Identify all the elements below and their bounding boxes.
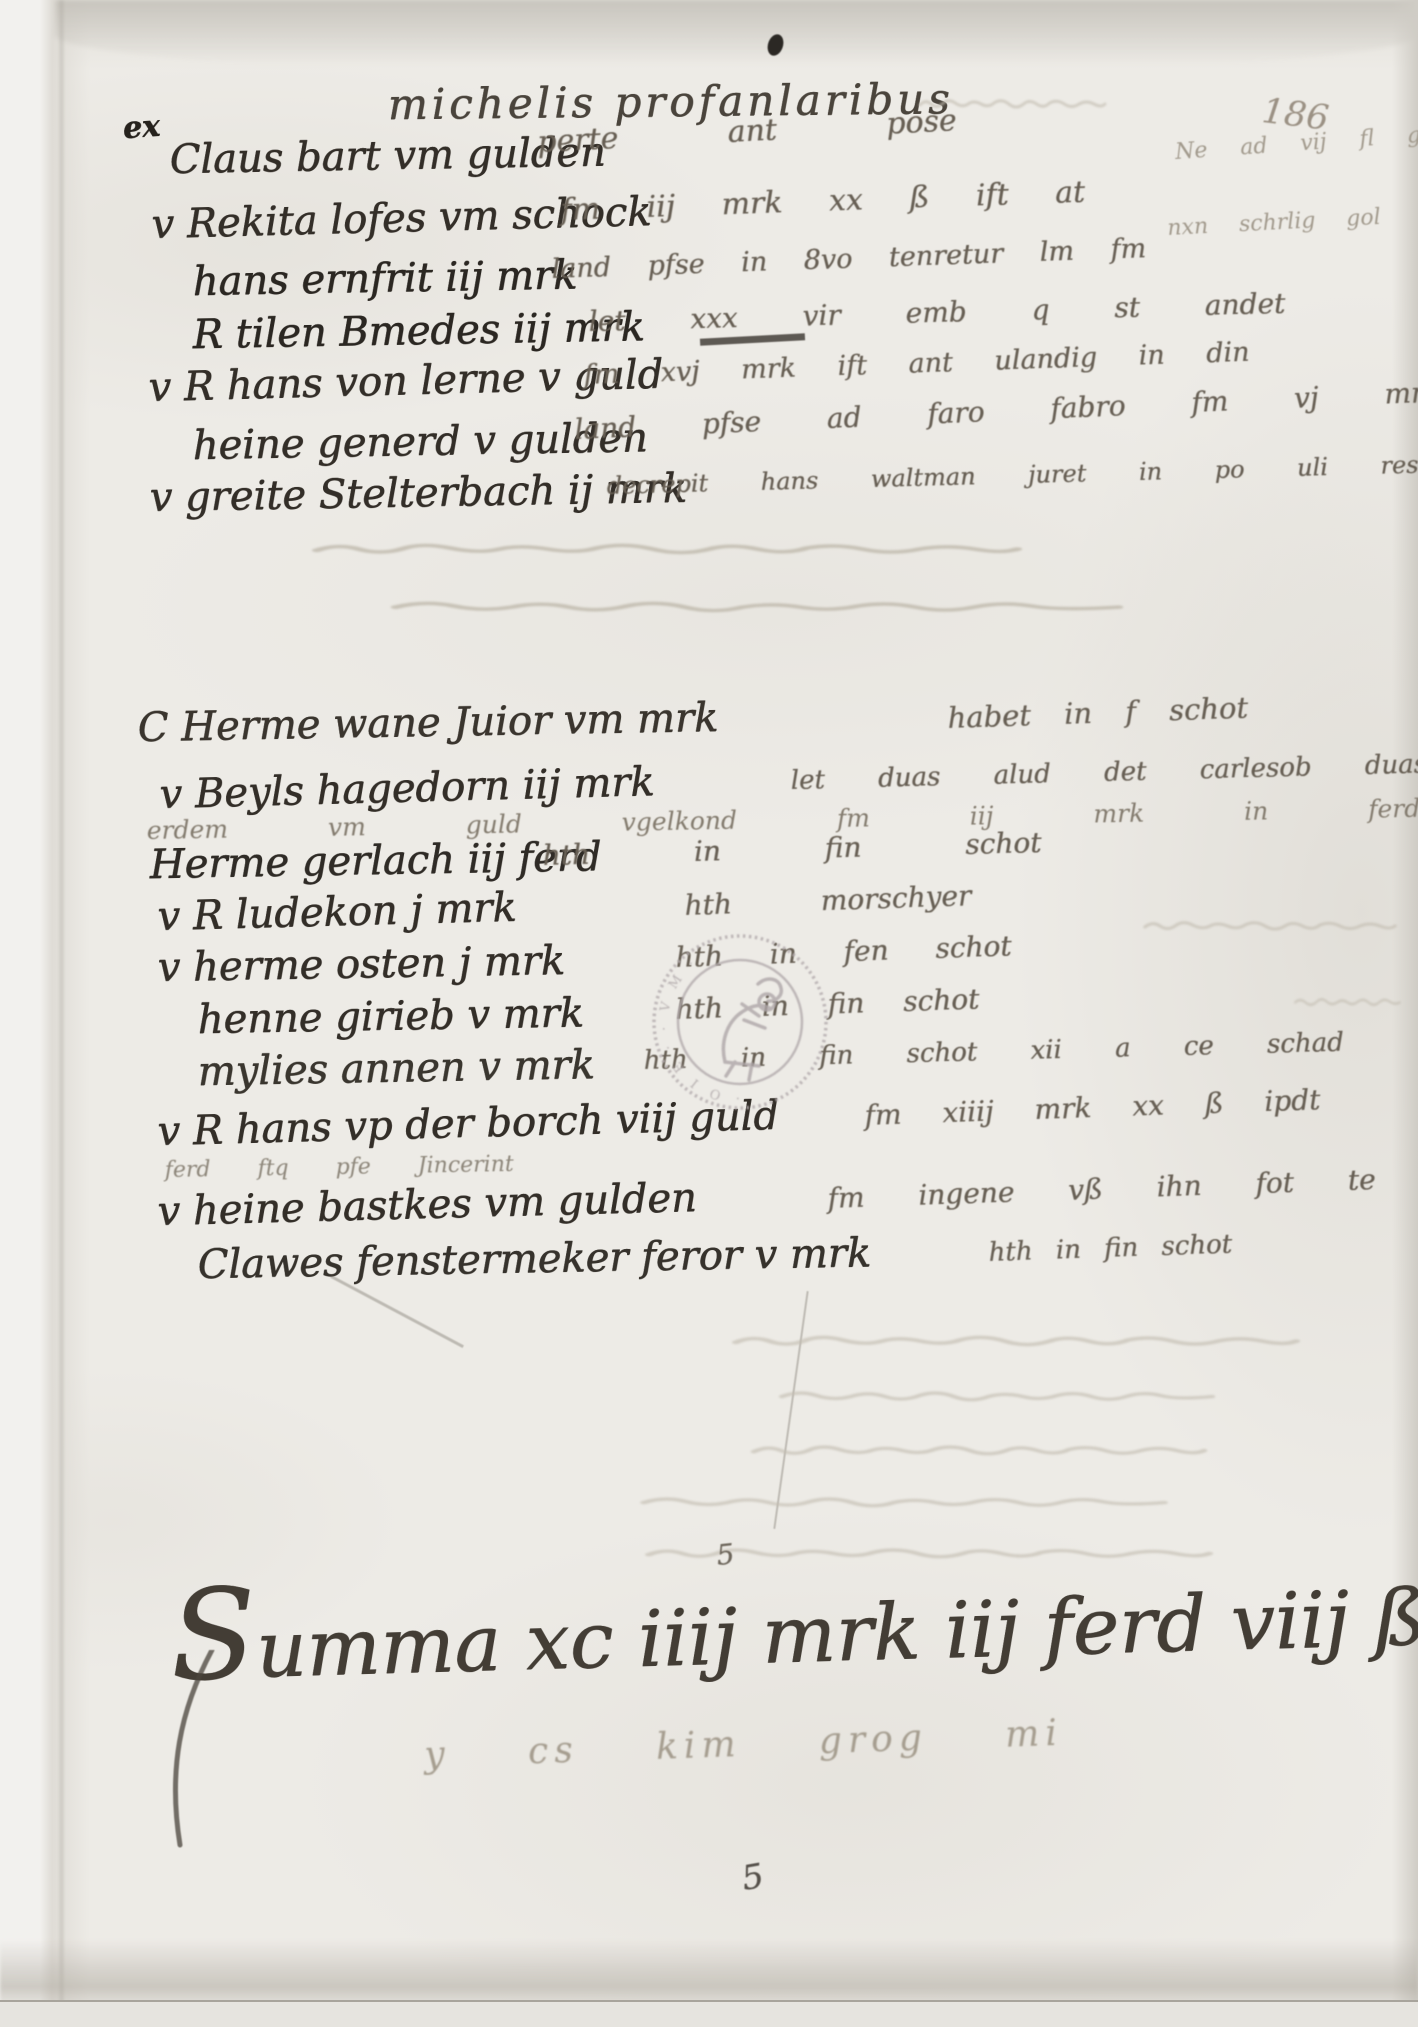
entry-note: let duas alud det carlesob duas (790, 751, 1418, 794)
entry-main: hans ernfrit iij mrk (192, 255, 577, 302)
entry-main: R tilen Bmedes iij mrk (192, 307, 645, 355)
entry-note: fm xvj mrk ift ant ulandig in din (583, 339, 1250, 389)
next-page-sliver (0, 2000, 1418, 2027)
margin-note: nxn schrlig gol (1167, 207, 1381, 240)
entry-main: v R ludekon j mrk (157, 888, 517, 937)
stray-stroke (330, 1275, 464, 1348)
bleedthrough-ghost-line (920, 96, 1105, 110)
entry-main: Herme gerlach iij ferd (149, 837, 601, 885)
corner-mark: ex (122, 111, 161, 144)
bleedthrough-ghost-line (1295, 995, 1400, 1008)
sub-note: ferd ftq pfe Jincerint (165, 1154, 514, 1182)
entry-note: hth in fin schot (988, 1232, 1232, 1266)
entry-main: Clawes fenstermeker feror v mrk (197, 1233, 871, 1285)
entry-note: decrepit hans waltman juret in po uli re… (606, 451, 1418, 498)
fold-crease (60, 0, 63, 2027)
bleedthrough-ghost-line (754, 1442, 1204, 1457)
entry-main: v heine bastkes vm gulden (157, 1178, 697, 1232)
left-page-edge (0, 0, 95, 2027)
top-page-edge (55, 0, 1418, 75)
bottom-mark: 5 (739, 1859, 766, 1896)
bleedthrough-ghost-line (644, 1494, 1164, 1509)
entry-note: let xxx vir emb q st andet (588, 290, 1285, 336)
entry-main: v herme osten j mrk (157, 941, 565, 988)
lion-rampant-icon (723, 979, 781, 1080)
entry-main: henne girieb v mrk (197, 993, 584, 1040)
bleedthrough-ghost-line (1145, 918, 1395, 932)
entry-note: land pfse in 8vo tenretur lm fm (551, 235, 1146, 283)
bleedthrough-ghost-line (317, 540, 1017, 556)
entry-main: v Beyls hagedorn iij mrk (159, 762, 655, 815)
bottom-page-edge (0, 1940, 1418, 2002)
entry-note: fm iij mrk xx ß ift at (560, 178, 1086, 226)
cancellation-stroke (700, 333, 805, 345)
stamp-outer-ring (654, 936, 826, 1108)
entry-note: land pfse ad faro fabro fm vj mrk (574, 378, 1418, 444)
entry-main: mylies annen v mrk (197, 1045, 595, 1092)
entry-note: fm xiiij mrk xx ß ipdt (864, 1086, 1321, 1130)
summary-line: Summa xc iiij mrk iij ferd viij ß (169, 1540, 1418, 1700)
manuscript-page-scan: michelis profanlaribus 186 ex Claus bart… (0, 0, 1418, 2027)
entry-note: hth morschyer (684, 882, 972, 920)
ink-blot (765, 32, 786, 58)
right-page-edge (1392, 0, 1418, 2027)
ghost-note: y cs kim grog mi (424, 1716, 1064, 1774)
bleedthrough-ghost-line (396, 598, 1118, 614)
archive-stamp: · O I E · · V M · (640, 922, 840, 1122)
bleedthrough-ghost-line (736, 1332, 1296, 1348)
bleedthrough-ghost-line (782, 1388, 1212, 1403)
entry-note: fm ingene vß ihn fot te fend (827, 1162, 1418, 1213)
entry-note: habet in f schot (947, 694, 1248, 733)
entry-main: C Herme wane Juior vm mrk (137, 698, 718, 748)
